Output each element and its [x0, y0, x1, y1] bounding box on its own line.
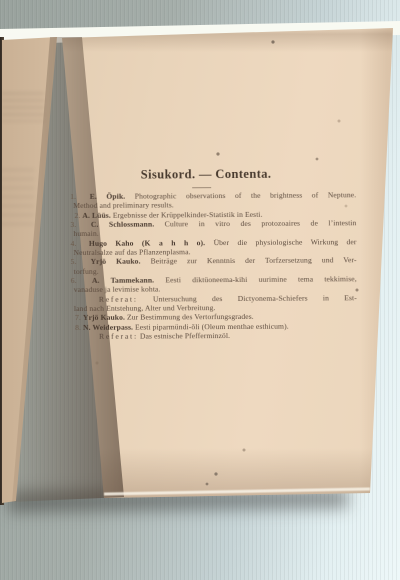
- item-number: 4.: [70, 239, 80, 248]
- item-title: Eesti piparmündi-õli (Oleum menthae esth…: [135, 321, 289, 331]
- toc-line: 4. Hugo Kaho (K a h h o). Über die physi…: [70, 237, 356, 248]
- referat-label: Referat:: [99, 332, 138, 341]
- toc-line: 5. Yrjö Kauko. Beiträge zur Kenntnis der…: [71, 256, 357, 267]
- toc-item: 5. Yrjö Kauko. Beiträge zur Kenntnis der…: [71, 256, 357, 276]
- item-number: 3.: [70, 220, 80, 229]
- item-author: Yrjö Kauko.: [91, 257, 141, 266]
- item-title: torfung.: [74, 267, 99, 276]
- referat-label: Referat:: [99, 294, 138, 303]
- toc-item: 3. C. Schlossmann. Culture in vitro des …: [70, 218, 356, 238]
- item-title: humain.: [73, 229, 98, 238]
- item-title: Beiträge zur Kenntnis der Torfzersetzung…: [151, 256, 357, 266]
- item-number: 1.: [70, 192, 80, 201]
- item-title: Photographic observations of the brightn…: [135, 190, 357, 200]
- table-of-contents: 1. E. Öpik. Photographic observations of…: [70, 190, 357, 341]
- item-number: 8.: [71, 323, 81, 332]
- toc-line: Referat: Das estnische Pfefferminzöl.: [99, 330, 357, 341]
- ghost-marks: [0, 168, 34, 230]
- page-title: Sisukord. — Contenta.: [70, 166, 342, 183]
- toc-item: 1. E. Öpik. Photographic observations of…: [70, 190, 356, 210]
- ghost-marks: [2, 92, 44, 122]
- item-author: E. Öpik.: [90, 192, 126, 201]
- item-title: Eesti diktüoneema-kihi uurimine tema tek…: [165, 274, 356, 284]
- referat-text: Untersuchung des Dictyonema-Schiefers in…: [153, 293, 357, 303]
- item-author: N. Weiderpass.: [83, 322, 133, 331]
- toc-item: 4. Hugo Kaho (K a h h o). Über die physi…: [70, 237, 356, 257]
- toc-item: 6. A. Tammekann. Eesti diktüoneema-kihi …: [71, 274, 357, 313]
- item-title: vanaduse ja levimise kohta.: [74, 285, 161, 295]
- referat-text: Das estnische Pfefferminzöl.: [140, 331, 230, 341]
- item-author: A. Lüüs.: [82, 210, 111, 219]
- item-author: Yrjö Kauko.: [83, 313, 125, 322]
- toc-item: 8. N. Weiderpass. Eesti piparmündi-õli (…: [71, 321, 357, 341]
- item-title: Method and preliminary results.: [73, 201, 174, 211]
- item-title: Ergebnisse der Krüppelkinder-Statistik i…: [113, 210, 263, 220]
- item-title: Culture in vitro des protozoaires de l’i…: [165, 218, 357, 228]
- item-number: 2.: [70, 211, 80, 220]
- item-title: Neutralsalze auf das Pflanzenplasma.: [74, 247, 191, 257]
- item-title: Über die physiologische Wirkung der: [214, 237, 357, 247]
- item-number: 6.: [71, 276, 81, 285]
- item-number: 5.: [71, 257, 81, 266]
- item-title: Zur Bestimmung des Vertorfungsgrades.: [127, 312, 254, 322]
- item-author: Hugo Kaho (K a h h o).: [89, 238, 205, 248]
- toc-line: Referat: Untersuchung des Dictyonema-Sch…: [99, 293, 357, 304]
- dust-specks: [0, 0, 2, 2]
- item-author: C. Schlossmann.: [91, 220, 154, 229]
- book-photo: Sisukord. — Contenta. 1. E. Öpik. Photog…: [0, 0, 400, 580]
- title-rule-divider: [192, 187, 211, 188]
- referat-text: land nach Entstehung, Alter und Verbreit…: [74, 303, 216, 313]
- item-author: A. Tammekann.: [92, 276, 154, 285]
- item-number: 7.: [71, 313, 81, 322]
